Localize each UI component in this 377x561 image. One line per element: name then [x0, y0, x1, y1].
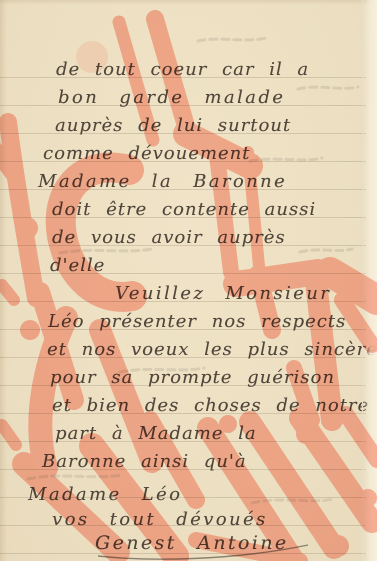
letter-page: de tout coeur car il a bon garde malade …: [0, 0, 377, 561]
red-stamp-overprint-icon: [0, 0, 377, 561]
